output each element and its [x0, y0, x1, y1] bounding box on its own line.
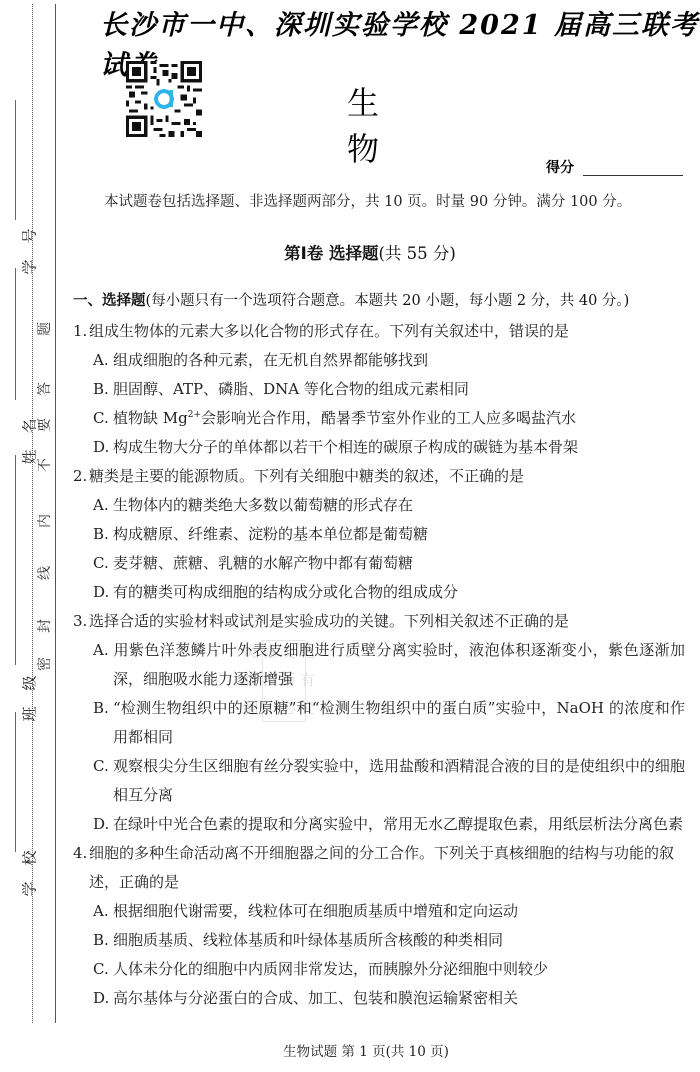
- option-text: 组成细胞的各种元素，在无机自然界都能够找到: [113, 351, 428, 369]
- option-text: 有的糖类可构成细胞的结构成分或化合物的组成成分: [113, 583, 458, 601]
- option-d[interactable]: D.有的糖类可构成细胞的结构成分或化合物的组成成分: [78, 578, 685, 607]
- question-number: 3.: [73, 607, 89, 636]
- question-number: 2.: [73, 462, 89, 491]
- question-text: 糖类是主要的能源物质。下列有关细胞中糖类的叙述，不正确的是: [89, 467, 524, 485]
- question-text: 选择合适的实验材料或试剂是实验成功的关键。下列相关叙述不正确的是: [89, 612, 569, 630]
- part-heading: 一、选择题(每小题只有一个选项符合题意。本题共 20 小题，每小题 2 分，共 …: [73, 289, 685, 313]
- question-1: 1.组成生物体的元素大多以化合物的形式存在。下列有关叙述中，错误的是 A.组成细…: [73, 317, 685, 462]
- option-text: 人体未分化的细胞中内质网非常发达，而胰腺外分泌细胞中则较少: [113, 960, 548, 978]
- question-number: 4.: [73, 839, 89, 868]
- option-key: A.: [93, 346, 113, 375]
- option-key: D.: [93, 433, 113, 462]
- field-underline: [15, 455, 16, 665]
- option-c[interactable]: C.麦芽糖、蔗糖、乳糖的水解产物中都有葡萄糖: [78, 549, 685, 578]
- option-key: C.: [93, 549, 113, 578]
- option-b[interactable]: B.胆固醇、ATP、磷脂、DNA 等化合物的组成元素相同: [78, 375, 685, 404]
- option-c[interactable]: C.人体未分化的细胞中内质网非常发达，而胰腺外分泌细胞中则较少: [78, 955, 685, 984]
- option-a[interactable]: A.生物体内的糖类绝大多数以葡萄糖的形式存在: [78, 491, 685, 520]
- question-4: 4.细胞的多种生命活动离不开细胞器之间的分工合作。下列关于真核细胞的结构与功能的…: [73, 839, 685, 1013]
- subject-title: 生 物: [300, 78, 460, 170]
- seal-text-char: 题: [38, 321, 52, 337]
- option-b[interactable]: B.构成糖原、纤维素、淀粉的基本单位都是葡萄糖: [78, 520, 685, 549]
- option-text: 用紫色洋葱鳞片叶外表皮细胞进行质壁分离实验时，液泡体积逐渐变小，紫色逐渐加深，细…: [113, 641, 685, 688]
- option-d[interactable]: D.构成生物大分子的单体都以若干个相连的碳原子构成的碳链为基本骨架: [78, 433, 685, 462]
- option-text: 会影响光合作用，酷暑季节室外作业的工人应多喝盐汽水: [201, 409, 576, 427]
- field-label-school: 学校: [23, 834, 38, 896]
- option-key: B.: [93, 694, 113, 723]
- option-text: 在绿叶中光合色素的提取和分离实验中，常用无水乙醇提取色素，用纸层析法分离色素: [113, 815, 683, 833]
- section-title-points: (共 55 分): [379, 244, 456, 263]
- option-c[interactable]: C.观察根尖分生区细胞有丝分裂实验中，选用盐酸和酒精混合液的目的是使组织中的细胞…: [78, 752, 685, 810]
- question-stem: 3.选择合适的实验材料或试剂是实验成功的关键。下列相关叙述不正确的是: [73, 607, 685, 636]
- option-b[interactable]: B.细胞质基质、线粒体基质和叶绿体基质所含核酸的种类相同: [78, 926, 685, 955]
- section-title-main: 第Ⅰ卷 选择题: [284, 244, 378, 263]
- option-text: 植物缺 Mg: [113, 409, 188, 427]
- part-heading-title: 一、选择题: [73, 293, 146, 309]
- seal-text-char: 内: [38, 513, 52, 529]
- seal-text-char: 密: [38, 656, 52, 672]
- option-a[interactable]: A.用紫色洋葱鳞片叶外表皮细胞进行质壁分离实验时，液泡体积逐渐变小，紫色逐渐加深…: [78, 636, 685, 694]
- question-stem: 2.糖类是主要的能源物质。下列有关细胞中糖类的叙述，不正确的是: [73, 462, 685, 491]
- exam-instructions: 本试题卷包括选择题、非选择题两部分，共 10 页。时量 90 分钟。满分 100…: [104, 190, 631, 211]
- page-footer: 生物试题 第 1 页(共 10 页): [0, 1040, 700, 1060]
- question-content: 一、选择题(每小题只有一个选项符合题意。本题共 20 小题，每小题 2 分，共 …: [73, 289, 685, 1013]
- option-text: 高尔基体与分泌蛋白的合成、加工、包装和膜泡运输紧密相关: [113, 989, 518, 1007]
- qr-code-icon: [126, 61, 202, 137]
- seal-text-char: 答: [38, 381, 52, 397]
- option-key: B.: [93, 926, 113, 955]
- option-b[interactable]: B.“检测生物组织中的还原糖”和“检测生物组织中的蛋白质”实验中，NaOH 的浓…: [78, 694, 685, 752]
- option-a[interactable]: A.组成细胞的各种元素，在无机自然界都能够找到: [78, 346, 685, 375]
- option-text: 麦芽糖、蔗糖、乳糖的水解产物中都有葡萄糖: [113, 554, 413, 572]
- field-label-class: 班级: [23, 659, 38, 721]
- field-underline: [15, 712, 16, 852]
- option-key: C.: [93, 955, 113, 984]
- seal-text-char: 线: [38, 565, 52, 581]
- seal-text-char: 封: [38, 618, 52, 634]
- option-key: A.: [93, 491, 113, 520]
- option-key: C.: [93, 404, 113, 433]
- option-text: 细胞质基质、线粒体基质和叶绿体基质所含核酸的种类相同: [113, 931, 503, 949]
- question-2: 2.糖类是主要的能源物质。下列有关细胞中糖类的叙述，不正确的是 A.生物体内的糖…: [73, 462, 685, 607]
- option-text: 构成生物大分子的单体都以若干个相连的碳原子构成的碳链为基本骨架: [113, 438, 578, 456]
- option-text: 观察根尖分生区细胞有丝分裂实验中，选用盐酸和酒精混合液的目的是使组织中的细胞相互…: [113, 757, 685, 804]
- field-underline: [15, 100, 16, 220]
- question-text: 细胞的多种生命活动离不开细胞器之间的分工合作。下列关于真核细胞的结构与功能的叙述…: [89, 844, 674, 891]
- option-text: 胆固醇、ATP、磷脂、DNA 等化合物的组成元素相同: [113, 380, 469, 398]
- seal-text-char: 不: [38, 457, 52, 473]
- question-stem: 4.细胞的多种生命活动离不开细胞器之间的分工合作。下列关于真核细胞的结构与功能的…: [73, 839, 685, 897]
- section-title: 第Ⅰ卷 选择题(共 55 分): [0, 240, 700, 264]
- option-text: “检测生物组织中的还原糖”和“检测生物组织中的蛋白质”实验中，NaOH 的浓度和…: [113, 699, 685, 746]
- seal-line: [55, 4, 56, 1023]
- question-number: 1.: [73, 317, 89, 346]
- score-input-line[interactable]: [583, 175, 683, 176]
- option-d[interactable]: D.高尔基体与分泌蛋白的合成、加工、包装和膜泡运输紧密相关: [78, 984, 685, 1013]
- option-text: 生物体内的糖类绝大多数以葡萄糖的形式存在: [113, 496, 413, 514]
- field-underline: [15, 268, 16, 400]
- option-key: D.: [93, 984, 113, 1013]
- option-key: B.: [93, 375, 113, 404]
- option-text: 构成糖原、纤维素、淀粉的基本单位都是葡萄糖: [113, 525, 428, 543]
- option-key: C.: [93, 752, 113, 781]
- option-key: D.: [93, 578, 113, 607]
- question-stem: 1.组成生物体的元素大多以化合物的形式存在。下列有关叙述中，错误的是: [73, 317, 685, 346]
- question-text: 组成生物体的元素大多以化合物的形式存在。下列有关叙述中，错误的是: [89, 322, 569, 340]
- option-key: A.: [93, 897, 113, 926]
- option-key: D.: [93, 810, 113, 839]
- option-c[interactable]: C.植物缺 Mg2+会影响光合作用，酷暑季节室外作业的工人应多喝盐汽水: [78, 404, 685, 433]
- option-a[interactable]: A.根据细胞代谢需要，线粒体可在细胞质基质中增殖和定向运动: [78, 897, 685, 926]
- score-label: 得分: [546, 157, 574, 177]
- field-label-name: 姓名: [23, 402, 38, 464]
- seal-text-char: 要: [38, 417, 52, 433]
- part-heading-instructions: (每小题只有一个选项符合题意。本题共 20 小题，每小题 2 分，共 40 分。…: [146, 293, 630, 309]
- option-text: 根据细胞代谢需要，线粒体可在细胞质基质中增殖和定向运动: [113, 902, 518, 920]
- question-3: 3.选择合适的实验材料或试剂是实验成功的关键。下列相关叙述不正确的是 A.用紫色…: [73, 607, 685, 839]
- option-key: A.: [93, 636, 113, 665]
- superscript-charge: 2+: [188, 410, 201, 420]
- option-d[interactable]: D.在绿叶中光合色素的提取和分离实验中，常用无水乙醇提取色素，用纸层析法分离色素: [78, 810, 685, 839]
- option-key: B.: [93, 520, 113, 549]
